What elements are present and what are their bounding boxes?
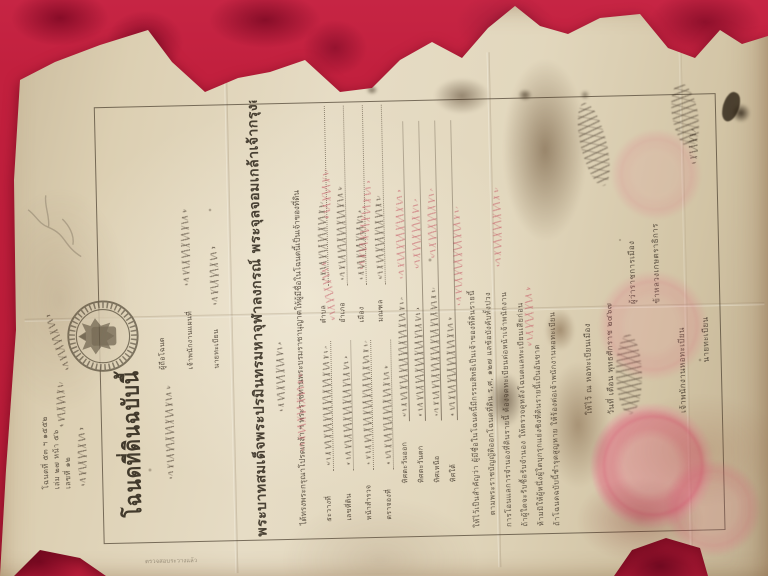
photo-of-land-deed: โฉนดที่ ๕๓ ฯ ๑๕๕๒ เล่ม ๒๗ หน้า ๕๖ เลขที่…: [0, 0, 768, 576]
paper-edge-shading: [0, 0, 768, 576]
paper-wrapper: โฉนดที่ ๕๓ ฯ ๑๕๕๒ เล่ม ๒๗ หน้า ๕๖ เลขที่…: [0, 0, 768, 576]
aged-deed-paper: โฉนดที่ ๕๓ ฯ ๑๕๕๒ เล่ม ๒๗ หน้า ๕๖ เลขที่…: [0, 0, 768, 576]
